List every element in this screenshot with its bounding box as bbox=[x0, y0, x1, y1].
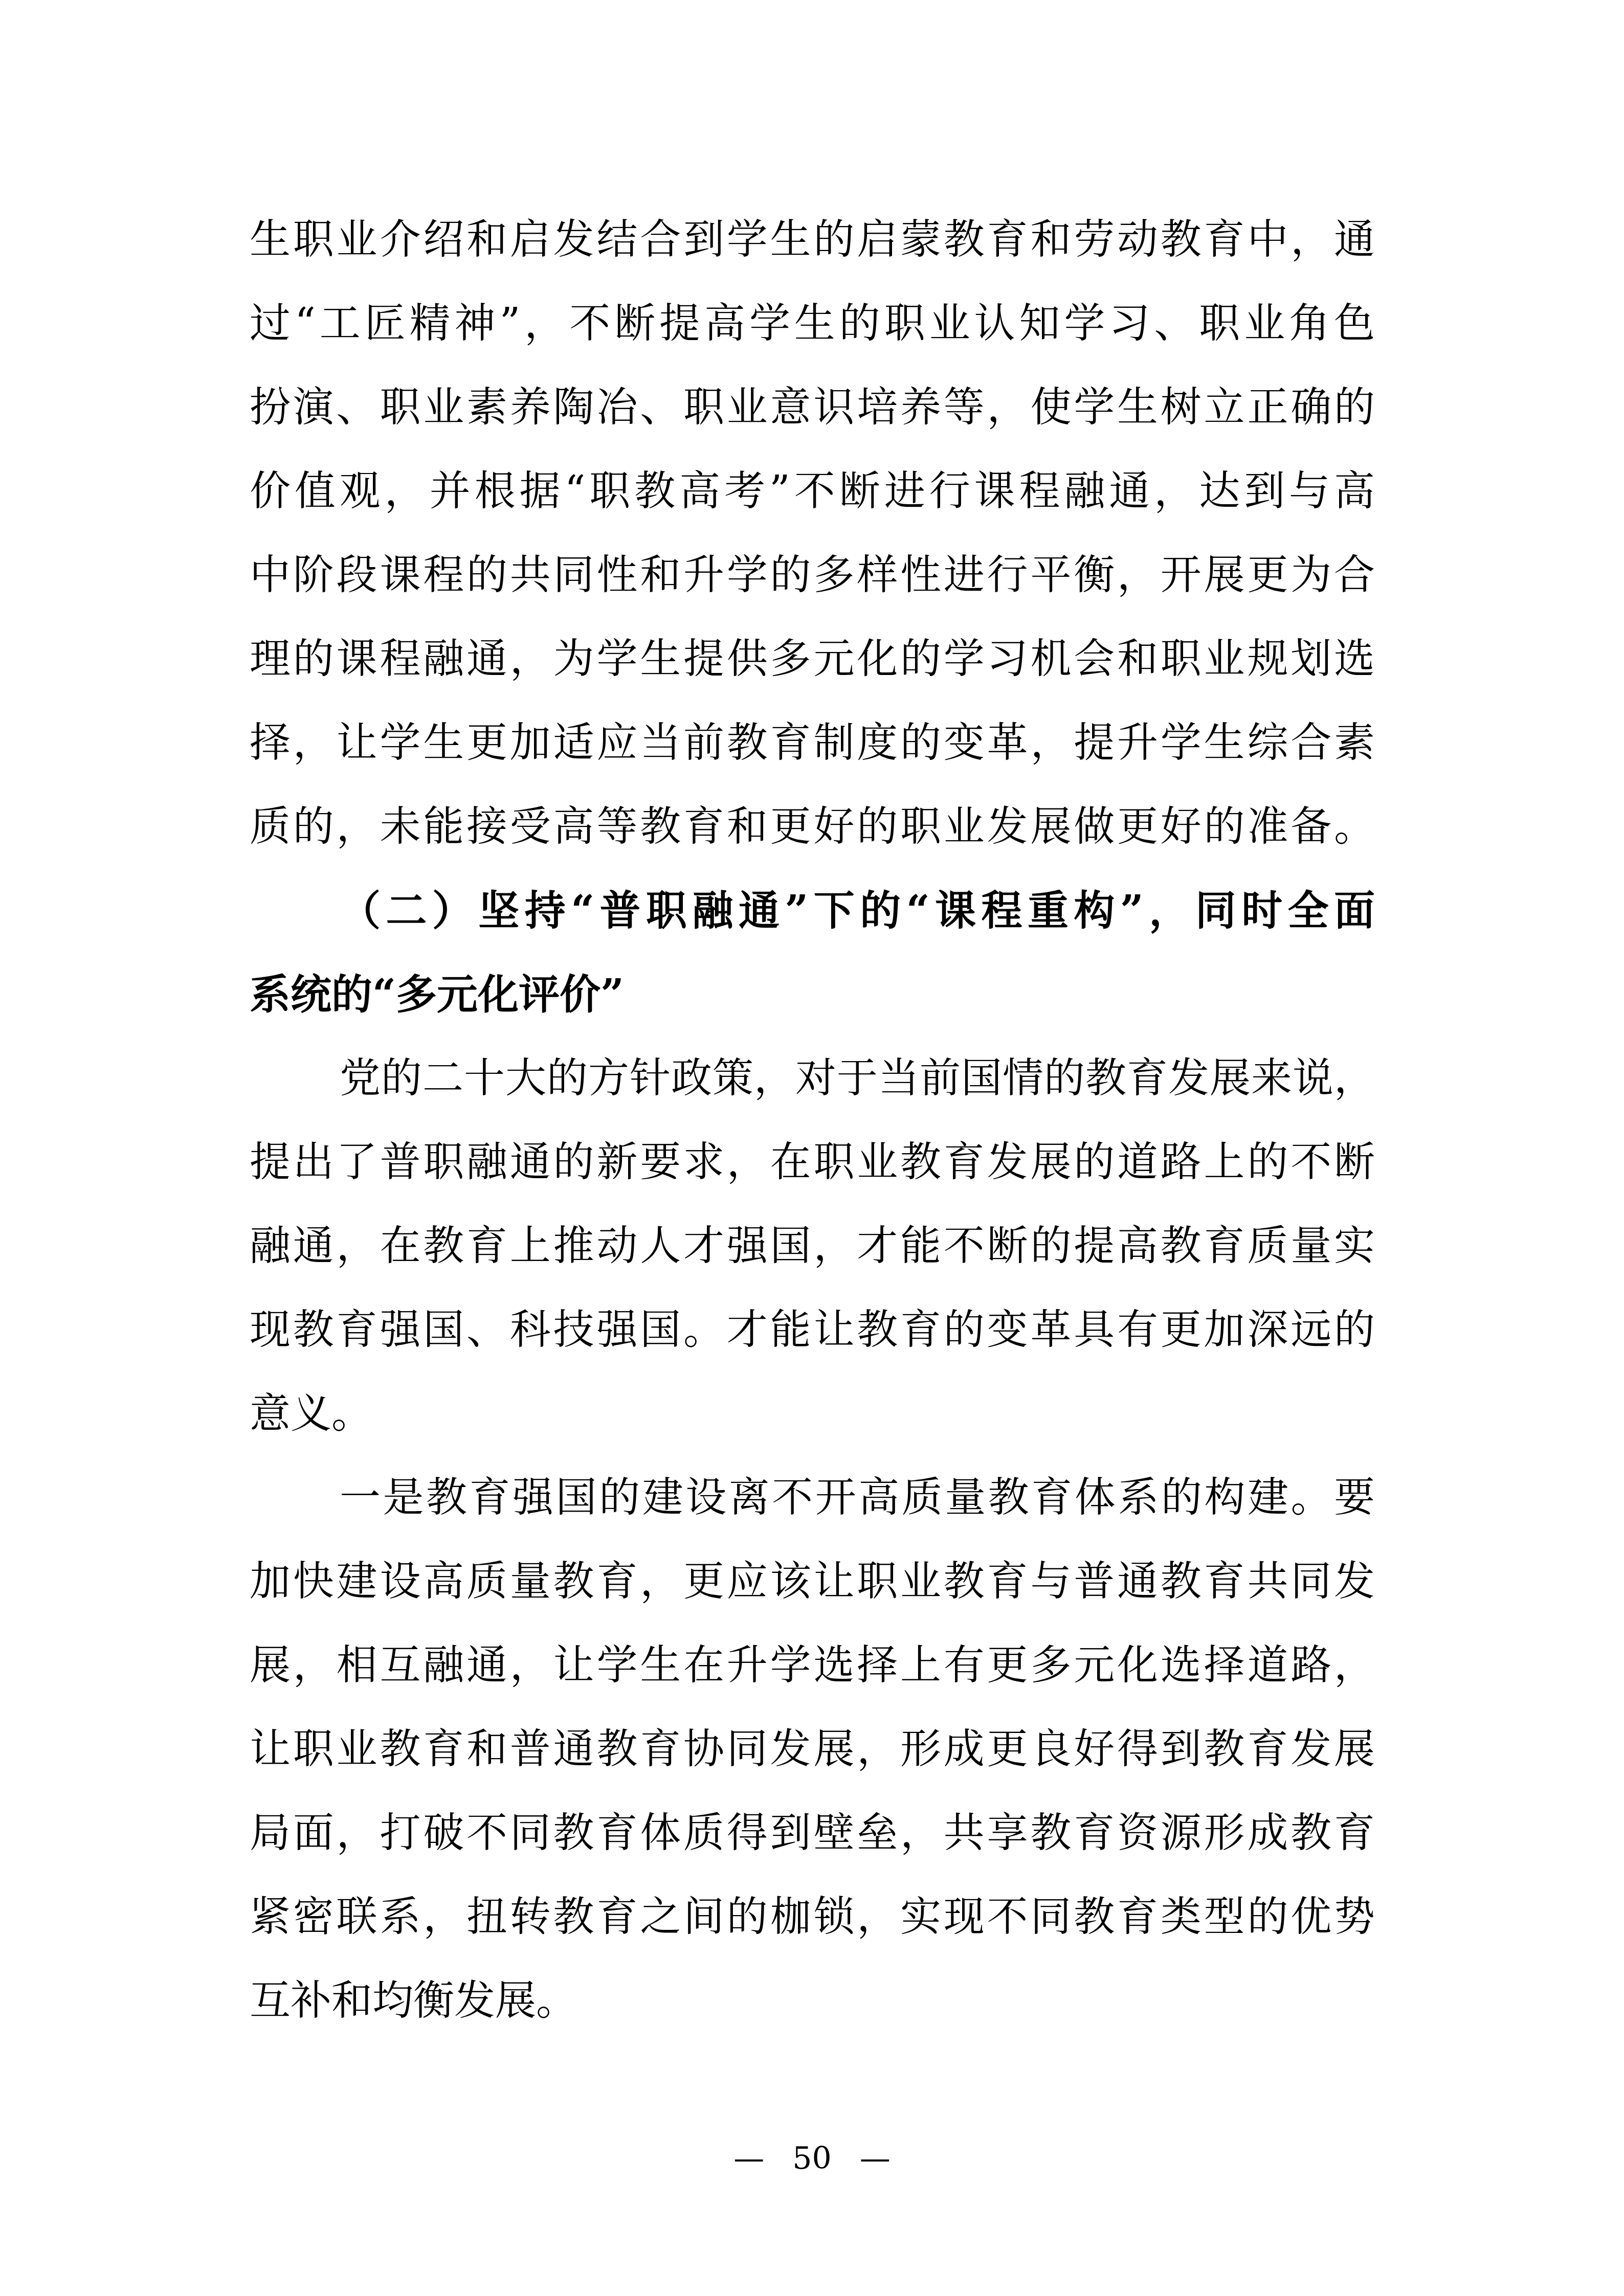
text-line: 现教育强国、科技强国。才能让教育的变革具有更加深远的 bbox=[250, 1288, 1375, 1371]
text-line: 价值观，并根据“职教高考”不断进行课程融通，达到与高 bbox=[250, 449, 1375, 533]
text-line: 一是教育强国的建设离不开高质量教育体系的构建。要 bbox=[250, 1455, 1375, 1539]
text-line: 质的，未能接受高等教育和更好的职业发展做更好的准备。 bbox=[250, 784, 1375, 868]
text-line: 加快建设高质量教育，更应该让职业教育与普通教育共同发 bbox=[250, 1539, 1375, 1623]
text-line: 局面，打破不同教育体质得到壁垒，共享教育资源形成教育 bbox=[250, 1791, 1375, 1875]
text-line: 互补和均衡发展。 bbox=[250, 1959, 1375, 2042]
text-line: 让职业教育和普通教育协同发展，形成更良好得到教育发展 bbox=[250, 1707, 1375, 1791]
section-heading-line: 系统的“多元化评价” bbox=[250, 952, 1375, 1036]
text-line: 紧密联系，扭转教育之间的枷锁，实现不同教育类型的优势 bbox=[250, 1875, 1375, 1959]
page-number: — 50 — bbox=[0, 2141, 1624, 2176]
text-line: 中阶段课程的共同性和升学的多样性进行平衡，开展更为合 bbox=[250, 533, 1375, 617]
body-text: 生职业介绍和启发结合到学生的启蒙教育和劳动教育中，通 过“工匠精神”，不断提高学… bbox=[250, 197, 1375, 2042]
text-line: 生职业介绍和启发结合到学生的启蒙教育和劳动教育中，通 bbox=[250, 197, 1375, 281]
text-line: 展，相互融通，让学生在升学选择上有更多元化选择道路， bbox=[250, 1623, 1375, 1707]
text-line: 理的课程融通，为学生提供多元化的学习机会和职业规划选 bbox=[250, 617, 1375, 701]
text-line: 提出了普职融通的新要求，在职业教育发展的道路上的不断 bbox=[250, 1120, 1375, 1204]
section-heading-line: （二）坚持“普职融通”下的“课程重构”，同时全面 bbox=[250, 868, 1375, 952]
text-line: 意义。 bbox=[250, 1371, 1375, 1455]
text-line: 党的二十大的方针政策，对于当前国情的教育发展来说， bbox=[250, 1036, 1375, 1120]
text-line: 过“工匠精神”，不断提高学生的职业认知学习、职业角色 bbox=[250, 281, 1375, 365]
text-line: 扮演、职业素养陶冶、职业意识培养等，使学生树立正确的 bbox=[250, 365, 1375, 449]
text-line: 融通，在教育上推动人才强国，才能不断的提高教育质量实 bbox=[250, 1204, 1375, 1288]
document-page: 生职业介绍和启发结合到学生的启蒙教育和劳动教育中，通 过“工匠精神”，不断提高学… bbox=[0, 0, 1624, 2296]
text-line: 择，让学生更加适应当前教育制度的变革，提升学生综合素 bbox=[250, 701, 1375, 784]
